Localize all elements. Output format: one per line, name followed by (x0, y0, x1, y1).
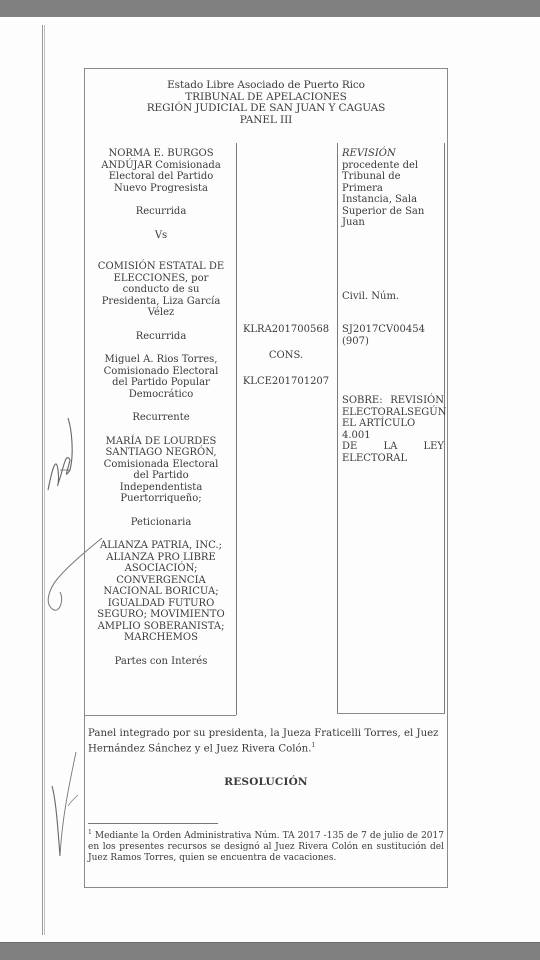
sobre-block: SOBRE:REVISIÓN ELECTORALSEGÚN EL ARTÍCUL… (342, 395, 444, 464)
party-role: Partes con Interés (86, 656, 236, 668)
parties-column: NORMA E. BURGOS ANDÚJAR Comisionada Elec… (86, 148, 236, 679)
party-role: Peticionaria (86, 517, 236, 529)
party-role: Recurrida (86, 331, 236, 343)
panel-composition: Panel integrado por su presidenta, la Ju… (88, 728, 444, 755)
caption-bottom-rule (84, 715, 236, 716)
case-number: KLCE201701207 (236, 376, 336, 388)
civil-number: SJ2017CV00454 (342, 324, 444, 336)
column-divider (337, 143, 338, 713)
party-name: COMISIÓN ESTATAL DE ELECCIONES, por cond… (86, 261, 236, 319)
footnote: 1 Mediante la Orden Administrativa Núm. … (88, 827, 444, 864)
civil-number-suffix: (907) (342, 336, 444, 348)
caption-bottom-rule (337, 713, 445, 714)
header-line: PANEL III (84, 115, 448, 127)
party-name: Miguel A. Rios Torres, Comisionado Elect… (86, 354, 236, 400)
party-role: Recurrente (86, 412, 236, 424)
revision-block: REVISIÓN procedente del Tribunal de Prim… (342, 148, 444, 229)
revision-title: REVISIÓN (342, 148, 444, 160)
party-role: Recurrida (86, 206, 236, 218)
footnote-rule (88, 823, 218, 824)
party-name: MARÍA DE LOURDES SANTIAGO NEGRÓN, Comisi… (86, 436, 236, 505)
civil-number-block: SJ2017CV00454 (907) (342, 324, 444, 347)
bottom-bar (0, 942, 540, 960)
column-divider (444, 143, 445, 713)
footnote-text: Mediante la Orden Administrativa Núm. TA… (88, 831, 444, 863)
footnote-ref: 1 (311, 742, 315, 749)
header-line: Estado Libre Asociado de Puerto Rico (84, 80, 448, 92)
footnote-number: 1 (88, 829, 92, 836)
versus-separator: Vs (86, 230, 236, 242)
column-divider (236, 143, 237, 715)
case-number: KLRA201700568 (236, 324, 336, 336)
header-line: REGIÓN JUDICIAL DE SAN JUAN Y CAGUAS (84, 103, 448, 115)
civil-label: Civil. Núm. (342, 291, 444, 303)
court-header: Estado Libre Asociado de Puerto Rico TRI… (84, 80, 448, 126)
resolution-title: RESOLUCIÓN (84, 776, 448, 788)
party-name: NORMA E. BURGOS ANDÚJAR Comisionada Elec… (86, 148, 236, 194)
party-name: ALIANZA PATRIA, INC.; ALIANZA PRO LIBRE … (86, 540, 236, 644)
consolidated-label: CONS. (236, 350, 336, 362)
